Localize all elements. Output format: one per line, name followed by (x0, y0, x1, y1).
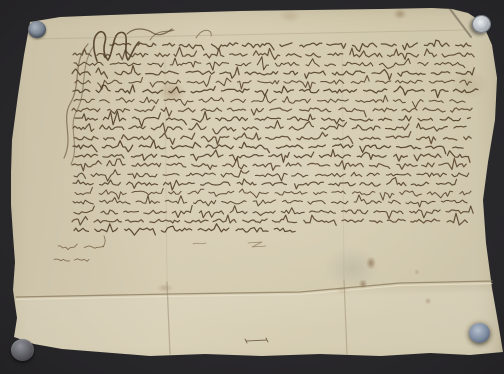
manuscript-photo (0, 0, 504, 374)
magnet-bottom-left (11, 339, 34, 361)
parchment-document (0, 0, 504, 374)
magnet-top-right (472, 15, 491, 33)
magnet-bottom-right (469, 323, 490, 343)
magnet-top-left (28, 21, 46, 38)
